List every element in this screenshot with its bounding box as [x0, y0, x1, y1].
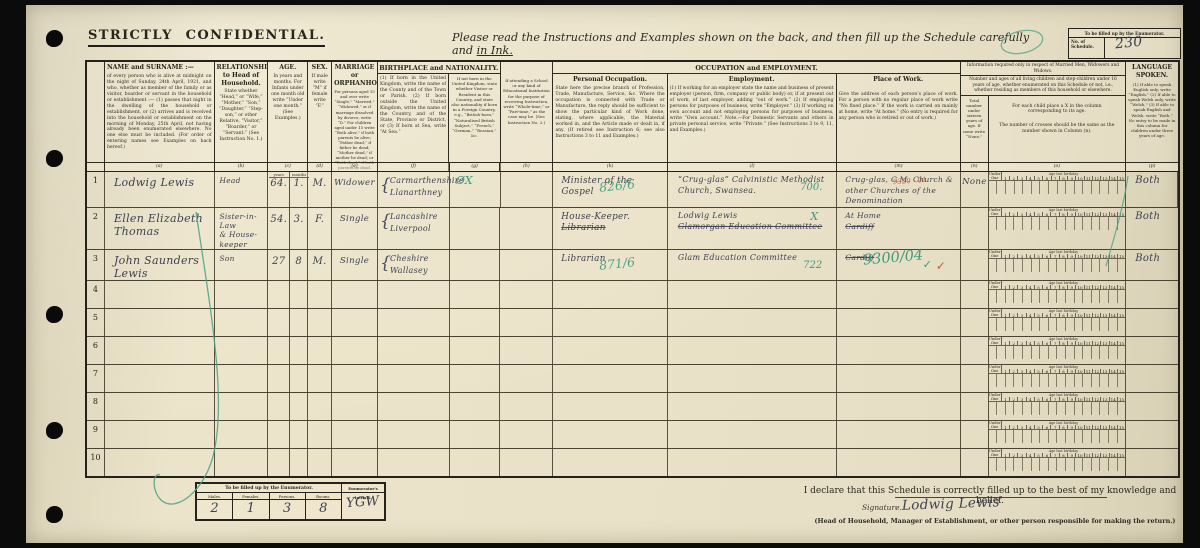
occupation-struck-value: Librarian — [553, 223, 667, 234]
enumerator-totals-main: To be filled up by the Enumerator. Males… — [197, 484, 342, 519]
place-of-work-value — [837, 393, 960, 396]
age-years-value — [268, 309, 289, 315]
age-grid-cell — [1056, 290, 1065, 303]
children-age-grid: Under OneAge last birthday12345678910111… — [989, 337, 1126, 360]
birthplace-cell — [378, 309, 450, 336]
birthplace-cell — [378, 281, 450, 308]
nationality-cell — [450, 449, 501, 476]
age-grid-cell — [1005, 259, 1014, 272]
nationality-check-mark — [450, 309, 500, 311]
language-cell — [1126, 281, 1178, 308]
age-months-cell — [290, 393, 308, 420]
marriage-value — [332, 393, 377, 399]
relationship-column-desc: State whether “Head,” or “Wife,” “Mother… — [217, 89, 266, 143]
age-grid-header: Under OneAge last birthday12345678910111… — [989, 250, 1126, 259]
language-value — [1126, 421, 1178, 424]
children-total-cell — [961, 250, 989, 280]
language-cell: Both — [1126, 172, 1178, 207]
age-grid-cells — [989, 402, 1126, 415]
occupation-column-header: Personal Occupation. State here the prec… — [553, 74, 667, 171]
age-grid-cell — [1013, 318, 1022, 331]
age-grid-cell — [1082, 290, 1091, 303]
age-grid-cell — [1099, 318, 1108, 331]
age-grid-right: Age last birthday123456789101112131415 — [1002, 281, 1126, 289]
age-grid-cell — [1108, 259, 1117, 272]
marriage-column-desc: For persons aged 15 and over write “Sing… — [334, 89, 375, 170]
employment-check-mark: X — [810, 210, 818, 223]
age-grid-cell — [996, 458, 1005, 471]
enumerator-count-label: Persons. — [270, 493, 305, 500]
sex-value — [308, 393, 331, 399]
schedule-number-value-cell: 230 — [1105, 38, 1180, 58]
age-grid-cell — [1117, 430, 1126, 443]
marriage-cell — [332, 393, 378, 420]
age-grid-cell — [1031, 181, 1040, 194]
age-grid-cell — [1108, 458, 1117, 471]
age-years-cell — [268, 393, 290, 420]
age-grid-cell — [989, 181, 997, 194]
age-grid-cell — [989, 346, 997, 359]
relationship-value — [215, 421, 268, 425]
language-value: Both — [1126, 172, 1177, 186]
age-grid-under-one: Under One — [989, 449, 1002, 457]
age-subheader-years: years — [269, 172, 290, 177]
column-letter: (l) — [668, 163, 837, 171]
name-column-desc: of every person who is alive at midnight… — [107, 74, 212, 152]
occupation-value — [553, 421, 667, 425]
schedule-number-label: No. of Schedule. — [1069, 38, 1105, 58]
birthplace-column-desc: (1) If born in the United Kingdom, write… — [380, 76, 446, 136]
enumerator-count-label: Males. — [197, 493, 232, 500]
age-grid-cell — [1005, 430, 1014, 443]
age-grid-cell — [1074, 318, 1083, 331]
employment-column-desc: (1) If working for an employer state the… — [670, 86, 834, 134]
nationality-check-mark — [450, 421, 500, 423]
age-grid-cell — [1091, 318, 1100, 331]
age-grid-under-one: Under One — [989, 250, 1002, 258]
children-total-cell — [961, 208, 989, 249]
relationship-cell: Head — [215, 172, 269, 207]
children-age-grid: Under OneAge last birthday12345678910111… — [989, 208, 1126, 231]
relationship-value — [215, 281, 268, 285]
column-letter: (o) — [989, 163, 1127, 171]
language-value — [1126, 393, 1178, 396]
nationality-check-mark — [450, 393, 500, 395]
age-years-value: 27 — [268, 250, 289, 267]
age-grid-header: Under OneAge last birthday12345678910111… — [989, 365, 1126, 374]
sex-value: F. — [308, 208, 331, 225]
place-of-work-cell — [837, 281, 961, 308]
children-total-column-desc: Total number under sixteen years of age.… — [963, 98, 986, 140]
age-grid-cells — [989, 374, 1126, 387]
column-letter: (n) — [961, 163, 989, 171]
marriage-column-header: MARRIAGE or ORPHANHOOD For persons aged … — [332, 62, 378, 171]
age-grid-under-one: Under One — [989, 172, 1002, 180]
age-grid-cell — [1082, 181, 1091, 194]
employment-value — [668, 449, 836, 452]
age-grid-cell — [1099, 290, 1108, 303]
children-total-cell — [961, 449, 989, 476]
nationality-check-mark — [450, 337, 500, 339]
age-grid-cell — [1048, 290, 1057, 303]
children-total-value — [961, 421, 988, 426]
children-grid-cell: Under OneAge last birthday12345678910111… — [989, 208, 1127, 249]
employment-cell — [668, 281, 837, 308]
green-tick-mark: ✓ — [923, 258, 932, 271]
name-cell — [105, 449, 215, 476]
birthplace-group-title: BIRTHPLACE and NATIONALITY. — [378, 62, 500, 74]
age-grid-cell — [1091, 374, 1100, 387]
sex-cell — [308, 309, 332, 336]
age-years-cell — [268, 421, 290, 448]
name-cell — [105, 309, 215, 336]
employment-cell — [668, 337, 837, 364]
age-grid-right: Age last birthday123456789101112131415 — [1002, 365, 1126, 373]
language-value — [1126, 337, 1178, 340]
birthplace-value — [378, 281, 449, 284]
age-grid-cell — [1013, 402, 1022, 415]
age-grid-cell — [1082, 458, 1091, 471]
relationship-cell — [215, 309, 269, 336]
age-grid-cell — [1117, 374, 1126, 387]
children-age-grid: Under OneAge last birthday12345678910111… — [989, 365, 1126, 388]
age-months-cell: 3. — [290, 208, 308, 249]
sex-column-title: SEX. — [310, 64, 329, 72]
marriage-cell: Single — [332, 250, 378, 280]
nationality-column-header: If not born in the United Kingdom, state… — [449, 74, 499, 171]
column-letter: (g) — [450, 163, 501, 171]
birthplace-value — [378, 365, 449, 368]
age-grid-cells — [989, 346, 1126, 359]
sex-column-header: SEX. If male write “M” if female write “… — [308, 62, 332, 171]
age-grid-cell — [1099, 181, 1108, 194]
age-months-value — [290, 393, 307, 399]
age-grid-cell — [1074, 458, 1083, 471]
name-column-title: NAME and SURNAME :— — [107, 64, 212, 72]
nationality-check-mark — [450, 365, 500, 367]
age-grid-cell — [1074, 259, 1083, 272]
enumerator-initials-cell: Enumerator's Initials. YGW — [342, 484, 384, 519]
age-grid-cell — [1013, 259, 1022, 272]
age-grid-cell — [1056, 374, 1065, 387]
birthplace-cell — [378, 337, 450, 364]
age-grid-cell — [1039, 346, 1048, 359]
column-letter: (b) — [215, 163, 269, 171]
place-of-work-value — [837, 365, 960, 368]
school-cell — [500, 393, 553, 420]
age-grid-cell — [1005, 374, 1014, 387]
age-grid-cell — [1108, 318, 1117, 331]
relationship-value — [215, 449, 268, 453]
language-value — [1126, 365, 1178, 368]
age-grid-header: Under OneAge last birthday12345678910111… — [989, 421, 1126, 430]
children-grid-cell: Under OneAge last birthday12345678910111… — [989, 393, 1127, 420]
age-grid-cell — [1082, 318, 1091, 331]
marriage-cell — [332, 337, 378, 364]
age-grid-cell — [1056, 217, 1065, 230]
row-number-cell: 10 — [87, 449, 105, 476]
nationality-check-mark — [450, 449, 500, 451]
employment-cell — [668, 309, 837, 336]
marriage-value — [332, 281, 377, 287]
age-grid-cell — [1082, 374, 1091, 387]
age-column-header: AGE. In years and months. For Infants un… — [268, 62, 308, 171]
enumerator-count-value: 1 — [233, 500, 268, 519]
row-number-cell: 9 — [87, 421, 105, 448]
age-grid-right: Age last birthday123456789101112131415 — [1002, 337, 1126, 345]
age-grid-cell — [1013, 374, 1022, 387]
birthplace-group-header: BIRTHPLACE and NATIONALITY. (1) If born … — [378, 62, 501, 171]
marriage-cell: Widower — [332, 172, 378, 207]
occupation-group-header: OCCUPATION and EMPLOYMENT. Personal Occu… — [553, 62, 960, 171]
age-grid-cell — [1074, 430, 1083, 443]
age-grid-cell — [996, 318, 1005, 331]
school-cell — [500, 449, 553, 476]
occupation-cell — [553, 421, 668, 448]
census-schedule-scan: STRICTLY CONFIDENTIAL. Please read the I… — [0, 0, 1200, 548]
age-grid-header: Under OneAge last birthday12345678910111… — [989, 172, 1125, 181]
age-grid-cell — [1005, 458, 1014, 471]
place-of-work-value — [837, 309, 960, 312]
language-column-title: LANGUAGE SPOKEN. — [1128, 64, 1176, 80]
occupation-value — [553, 309, 667, 313]
age-grid-cells — [989, 430, 1126, 443]
age-grid-cell — [1099, 430, 1108, 443]
nationality-cell — [450, 281, 501, 308]
nationality-check-mark: ØX — [450, 172, 500, 187]
enumerator-count-column: Males.2 — [197, 493, 233, 519]
sex-cell — [308, 337, 332, 364]
signature-note: (Head of Household, Manager of Establish… — [800, 517, 1190, 525]
children-age-grid: Under OneAge last birthday12345678910111… — [989, 393, 1126, 416]
marriage-cell: Single — [332, 208, 378, 249]
school-cell — [500, 365, 553, 392]
marriage-value — [332, 449, 377, 455]
row-number-cell: 2 — [87, 208, 105, 249]
age-grid-cell — [1048, 430, 1057, 443]
occupation-value — [553, 393, 667, 397]
children-grid-cell: Under OneAge last birthday12345678910111… — [989, 421, 1127, 448]
occupation-value — [553, 365, 667, 369]
age-grid-cell — [1031, 318, 1040, 331]
age-grid-cell — [1048, 217, 1057, 230]
place-of-work-value — [837, 449, 960, 452]
children-grid-cell: Under OneAge last birthday12345678910111… — [989, 250, 1127, 280]
age-grid-cell — [1065, 458, 1074, 471]
age-grid-cell — [1065, 402, 1074, 415]
nationality-check-mark — [450, 281, 500, 283]
age-grid-cell — [1117, 259, 1126, 272]
age-grid-cell — [1108, 430, 1117, 443]
age-grid-cell — [1022, 318, 1031, 331]
place-of-work-cell — [837, 421, 961, 448]
birthplace-cell — [378, 449, 450, 476]
age-grid-cell — [1065, 181, 1074, 194]
place-of-work-struck-value: Cardiff — [837, 222, 960, 233]
school-cell — [500, 208, 553, 249]
row-number-cell: 8 — [87, 393, 105, 420]
age-grid-cell — [1117, 318, 1126, 331]
age-grid-cell — [996, 181, 1005, 194]
age-grid-cell — [1074, 346, 1083, 359]
birthplace-cell — [378, 365, 450, 392]
row-number-cell: 3 — [87, 250, 105, 280]
sex-cell — [308, 449, 332, 476]
school-cell — [501, 172, 554, 207]
relationship-cell — [215, 449, 269, 476]
name-cell — [105, 421, 215, 448]
column-letter: (c) — [268, 163, 308, 171]
age-grid-cell — [1091, 217, 1100, 230]
marriage-value — [332, 309, 377, 315]
age-years-value — [268, 421, 289, 427]
age-grid-cell — [1082, 402, 1091, 415]
birthplace-cell — [378, 393, 450, 420]
place-of-work-cell: Cardiff9300/04✓✓ — [837, 250, 961, 280]
enumerator-count-label: Rooms. — [306, 493, 341, 500]
age-grid-cell — [996, 290, 1005, 303]
age-grid-header: Under OneAge last birthday12345678910111… — [989, 309, 1126, 318]
nationality-cell: ØX — [450, 172, 501, 207]
name-column-header: NAME and SURNAME :— of every person who … — [105, 62, 215, 171]
age-grid-cell — [1039, 217, 1048, 230]
children-total-value — [961, 449, 988, 454]
age-grid-cell — [1082, 430, 1091, 443]
occupation-cell — [553, 449, 668, 476]
age-years-value — [268, 365, 289, 371]
children-total-value — [961, 309, 988, 314]
age-years-value: 54. — [268, 208, 289, 225]
enumerator-count-columns: Males.2Females.1Persons.3Rooms.8 — [197, 493, 341, 519]
age-years-cell — [268, 449, 290, 476]
column-letter: (e) — [332, 163, 378, 171]
employment-value — [668, 281, 836, 284]
relationship-value: Sister-in-Law & House-keeper — [215, 208, 268, 249]
place-of-work-cell: Crug-glas, C.M. Church & other Churches … — [837, 172, 961, 207]
age-grid-cells — [989, 458, 1126, 471]
marriage-cell — [332, 421, 378, 448]
age-grid-cell — [1065, 346, 1074, 359]
age-grid-cell — [1031, 290, 1040, 303]
age-months-cell — [290, 281, 308, 308]
age-grid-cell — [1022, 290, 1031, 303]
children-total-cell — [961, 365, 989, 392]
sex-cell: M. — [308, 172, 332, 207]
name-value — [105, 449, 214, 453]
children-total-value — [961, 208, 988, 213]
marriage-value — [332, 337, 377, 343]
children-grid-desc2: The number of crosses should be the same… — [991, 115, 1124, 135]
children-total-value — [961, 393, 988, 398]
age-grid-cell — [1108, 217, 1117, 230]
age-grid-cell — [1005, 181, 1014, 194]
children-grid-cell: Under OneAge last birthday12345678910111… — [989, 281, 1127, 308]
name-value: John Saunders Lewis — [105, 250, 214, 280]
column-letter: (k) — [553, 163, 668, 171]
relationship-value — [215, 393, 268, 397]
age-grid-cell — [996, 259, 1005, 272]
age-grid-cell — [1048, 402, 1057, 415]
age-grid-cell — [1048, 181, 1057, 194]
fill-instruction-emphasis: in Ink. — [477, 44, 513, 57]
employment-cell: “Crug-glas” Calvinistic Methodist Church… — [668, 172, 837, 207]
enumerator-count-column: Rooms.8 — [306, 493, 341, 519]
row-number-column-header — [87, 62, 105, 171]
school-column-desc: If attending a School or any kind of Edu… — [503, 78, 551, 125]
employment-cell — [668, 393, 837, 420]
name-value — [105, 421, 214, 425]
table-row: 2Ellen Elizabeth ThomasSister-in-Law & H… — [87, 208, 1178, 250]
employment-cell — [668, 449, 837, 476]
age-grid-cell — [1014, 181, 1023, 194]
schedule-number-box: To be filled up by the Enumerator. No. o… — [1068, 28, 1181, 59]
handwritten-brace: { — [380, 175, 391, 195]
place-of-work-value — [837, 421, 960, 424]
age-grid-cells — [989, 181, 1125, 194]
name-cell: John Saunders Lewis — [105, 250, 215, 280]
nationality-cell — [450, 208, 501, 249]
marriage-value: Single — [332, 250, 377, 266]
age-years-cell — [268, 309, 290, 336]
place-of-work-cell — [837, 365, 961, 392]
age-grid-cell — [1048, 318, 1057, 331]
age-grid-cell — [1117, 402, 1126, 415]
age-grid-cell — [989, 430, 997, 443]
age-years-cell — [268, 337, 290, 364]
column-letter: (m) — [837, 163, 961, 171]
marriage-value — [332, 421, 377, 427]
age-grid-right: Age last birthday123456789101112131415 — [1002, 421, 1126, 429]
age-grid-cell — [1013, 217, 1022, 230]
children-age-grid: Under OneAge last birthday12345678910111… — [989, 281, 1126, 304]
language-cell — [1126, 449, 1178, 476]
age-grid-cell — [989, 318, 997, 331]
language-value — [1126, 281, 1178, 284]
enumerator-count-value: 8 — [306, 500, 341, 519]
sex-value: M. — [308, 250, 331, 267]
occupation-column-title: Personal Occupation. — [555, 76, 664, 84]
relationship-cell — [215, 365, 269, 392]
age-grid-cell — [1117, 346, 1126, 359]
age-grid-cell — [1031, 402, 1040, 415]
enumerator-count-value: 3 — [270, 500, 305, 519]
children-total-cell — [961, 421, 989, 448]
sex-value — [308, 281, 331, 287]
children-total-cell — [961, 281, 989, 308]
nationality-check-mark — [450, 250, 500, 252]
birthplace-value — [378, 421, 449, 424]
age-grid-cell — [1013, 346, 1022, 359]
age-grid-cell — [1091, 259, 1100, 272]
children-group-header: Information required only in respect of … — [961, 62, 1126, 171]
age-grid-cell — [1056, 402, 1065, 415]
place-of-work-cell — [837, 337, 961, 364]
age-months-cell: 8 — [290, 250, 308, 280]
age-grid-header: Under OneAge last birthday12345678910111… — [989, 393, 1126, 402]
age-grid-cell — [1022, 259, 1031, 272]
age-grid-cell — [996, 346, 1005, 359]
name-cell — [105, 365, 215, 392]
handwritten-brace: { — [380, 253, 391, 273]
age-grid-cell — [989, 374, 997, 387]
age-grid-cell — [1082, 217, 1091, 230]
sex-cell — [308, 393, 332, 420]
children-total-value — [961, 281, 988, 286]
relationship-column-header: RELATIONSHIP to Head of Household. State… — [215, 62, 269, 171]
name-value — [105, 281, 214, 285]
relationship-value — [215, 309, 268, 313]
birthplace-cell — [378, 421, 450, 448]
